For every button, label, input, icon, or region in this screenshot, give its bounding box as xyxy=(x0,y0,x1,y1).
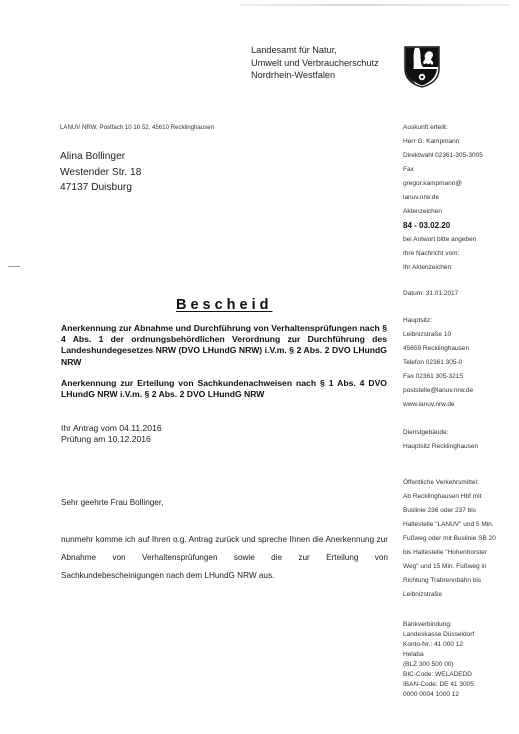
application-reference: Ihr Antrag vom 04.11.2016 Prüfung am 10.… xyxy=(61,423,162,445)
letter-title: Bescheid xyxy=(176,297,272,313)
transit-line: Haltestelle "LANUV" und 5 Min. xyxy=(403,518,496,532)
hq-street: Leibnizstraße 10 xyxy=(403,328,473,342)
contact-fax: Fax xyxy=(403,163,483,177)
bank-iban-cont: 0000 0004 1000 12 xyxy=(403,690,474,700)
bank-bic: BIC-Code: WELADEDD xyxy=(403,670,474,680)
fold-mark xyxy=(8,266,20,267)
contact-label: Auskunft erteilt: xyxy=(403,121,483,135)
recipient-address: Alina Bollinger Westender Str. 18 47137 … xyxy=(60,149,141,196)
salutation: Sehr geehrte Frau Bollinger, xyxy=(61,498,163,507)
bank-account: Konto-Nr.: 41 000 12 xyxy=(403,640,474,650)
transit-info: Öffentliche Verkehrsmittel: Ab Recklingh… xyxy=(403,476,496,602)
bank-blz: (BLZ 300 500 00) xyxy=(403,660,474,670)
bank-name: Landeskasse Düsseldorf xyxy=(403,630,474,640)
your-reference-label: Ihr Aktenzeichen: xyxy=(403,261,483,275)
hq-website[interactable]: www.lanuv.nrw.de xyxy=(403,398,473,412)
organization-name: Landesamt für Natur, Umwelt und Verbrauc… xyxy=(251,44,379,82)
building-name: Hauptsitz Recklinghausen xyxy=(403,440,478,454)
hq-label: Hauptsitz: xyxy=(403,314,473,328)
building-info: Dienstgebäude: Hauptsitz Recklinghausen xyxy=(403,426,478,454)
bank-institute: Helaba xyxy=(403,650,474,660)
scan-artifact xyxy=(240,4,510,6)
transit-label: Öffentliche Verkehrsmittel: xyxy=(403,476,496,490)
file-number: 84 - 03.02.20 xyxy=(403,219,483,233)
hq-phone: Telefon 02361 305-0 xyxy=(403,356,473,370)
transit-line: Weg" und 15 Min. Fußweg in xyxy=(403,560,496,574)
transit-line: Leibnizstraße xyxy=(403,588,496,602)
subject-expertise-certificates: Anerkennung zur Erteilung von Sachkunden… xyxy=(61,378,387,400)
transit-line: Richtung Trabrennbahn bis xyxy=(403,574,496,588)
recipient-city: 47137 Duisburg xyxy=(60,180,141,196)
subject-behavior-tests: Anerkennung zur Abnahme und Durchführung… xyxy=(61,323,387,368)
transit-line: Buslinie 236 oder 237 bis xyxy=(403,504,496,518)
return-address: LANUV NRW, Postfach 10 10 52, 45610 Reck… xyxy=(60,124,214,131)
your-message-label: Ihre Nachricht vom: xyxy=(403,247,483,261)
letter-body: nunmehr komme ich auf Ihren o.g. Antrag … xyxy=(61,531,388,584)
application-date: Ihr Antrag vom 04.11.2016 xyxy=(61,423,162,434)
bank-info: Bankverbindung: Landeskasse Düsseldorf K… xyxy=(403,620,474,700)
hq-fax: Fax 02361 305-3215 xyxy=(403,370,473,384)
date-text: Datum: 31.01.2017 xyxy=(403,287,458,301)
recipient-street: Westender Str. 18 xyxy=(60,165,141,181)
contact-person: Herr G. Kampmann xyxy=(403,135,483,149)
recipient-name: Alina Bollinger xyxy=(60,149,141,165)
org-line: Landesamt für Natur, xyxy=(251,44,379,57)
letter-date: Datum: 31.01.2017 xyxy=(403,287,458,301)
hq-city: 45659 Recklinghausen xyxy=(403,342,473,356)
reference-note: bei Antwort bitte angeben xyxy=(403,233,483,247)
bank-label: Bankverbindung: xyxy=(403,620,474,630)
exam-date: Prüfung am 10.12.2016 xyxy=(61,434,162,445)
transit-line: bis Haltestelle "Hohenhorster xyxy=(403,546,496,560)
contact-phone: Direktwahl 02361-305-3005 xyxy=(403,149,483,163)
file-number-label: Aktenzeichen xyxy=(403,205,483,219)
transit-line: Ab Recklinghausen Hbf mit xyxy=(403,490,496,504)
org-line: Umwelt und Verbraucherschutz xyxy=(251,57,379,70)
contact-email-domain[interactable]: lanuv.nrw.de xyxy=(403,191,483,205)
headquarters-info: Hauptsitz: Leibnizstraße 10 45659 Reckli… xyxy=(403,314,473,412)
building-label: Dienstgebäude: xyxy=(403,426,478,440)
transit-line: Fußweg oder mit Buslinie SB 20 xyxy=(403,532,496,546)
hq-email[interactable]: poststelle@lanuv.nrw.de xyxy=(403,384,473,398)
bank-iban: IBAN-Code: DE 41 3005 xyxy=(403,680,474,690)
nrw-coat-of-arms-icon xyxy=(403,45,441,88)
contact-email[interactable]: gregor.kampmann@ xyxy=(403,177,483,191)
org-line: Nordrhein-Westfalen xyxy=(251,69,379,82)
contact-info: Auskunft erteilt: Herr G. Kampmann Direk… xyxy=(403,121,483,275)
